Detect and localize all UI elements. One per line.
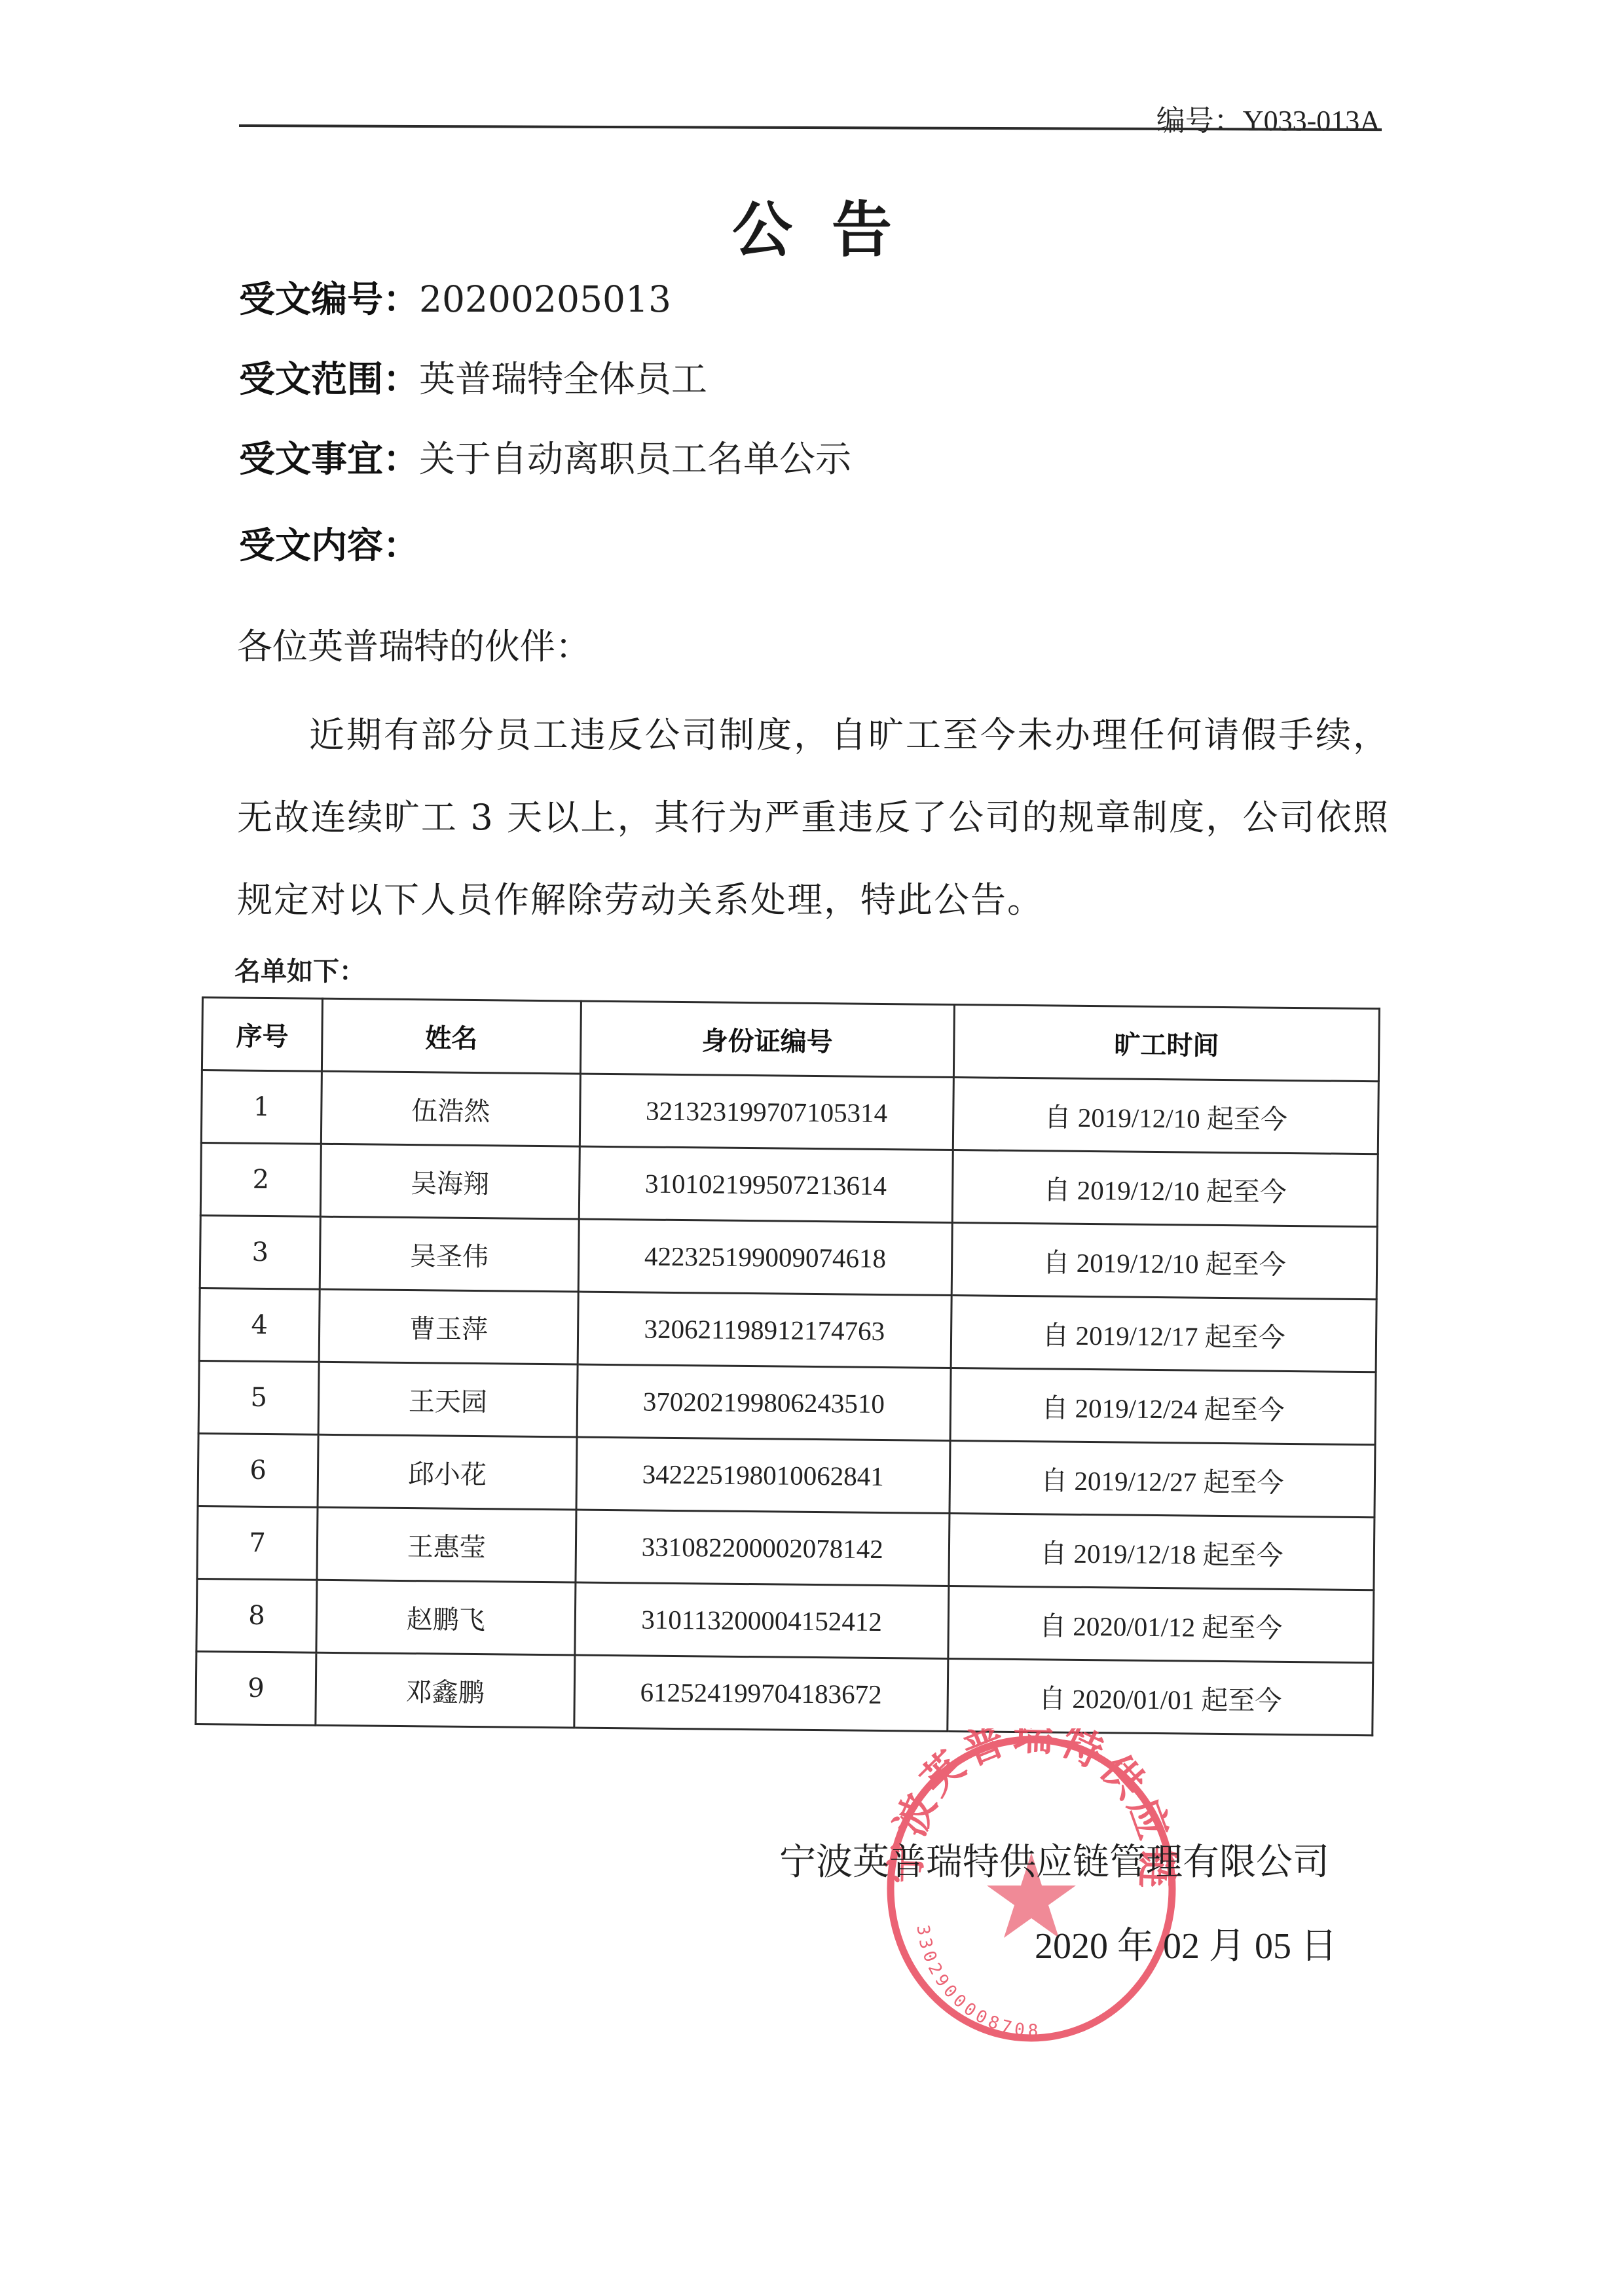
column-header-no: 序号	[202, 998, 322, 1072]
table-row: 2 吴海翔 310102199507213614 自 2019/12/10 起至…	[200, 1143, 1378, 1227]
cell-no: 8	[196, 1578, 317, 1652]
table-header-row: 序号 姓名 身份证编号 旷工时间	[202, 998, 1379, 1082]
cell-name: 伍浩然	[322, 1071, 580, 1146]
cell-name: 曹玉萍	[319, 1289, 578, 1364]
table-row: 9 邓鑫鹏 612524199704183672 自 2020/01/01 起至…	[196, 1651, 1373, 1735]
issuing-company: 宁波英普瑞特供应链管理有限公司	[779, 1833, 1329, 1886]
cell-name: 赵鹏飞	[316, 1580, 575, 1655]
meta-subject-row: 受文事宜：关于自动离职员工名单公示	[239, 441, 851, 477]
column-header-id: 身份证编号	[580, 1001, 954, 1077]
company-seal-icon: 宁波英普瑞特供应链管理有限公司 3302900008708	[877, 1728, 1185, 2049]
cell-no: 5	[198, 1360, 319, 1434]
cell-id: 612524199704183672	[574, 1655, 948, 1731]
salutation: 各位英普瑞特的伙伴：	[237, 619, 591, 669]
table-row: 6 邱小花 342225198010062841 自 2019/12/27 起至…	[198, 1433, 1375, 1517]
cell-name: 王惠莹	[317, 1507, 576, 1582]
cell-no: 9	[196, 1651, 316, 1725]
cell-name: 吴海翔	[320, 1144, 579, 1219]
cell-no: 4	[199, 1288, 320, 1362]
column-header-absence: 旷工时间	[953, 1005, 1379, 1082]
notice-page: 编号：Y033-013A 公告 受文编号：20200205013 受文范围：英普…	[0, 0, 1624, 2296]
cell-name: 吴圣伟	[320, 1216, 578, 1292]
cell-no: 3	[200, 1215, 320, 1289]
cell-id: 310102199507213614	[579, 1146, 953, 1222]
cell-id: 370202199806243510	[577, 1364, 951, 1440]
meta-content-label: 受文内容：	[239, 524, 419, 566]
body-paragraph: 近期有部分员工违反公司制度，自旷工至今未办理任何请假手续，无故连续旷工 3 天以…	[237, 694, 1390, 941]
cell-id: 422325199009074618	[578, 1219, 952, 1295]
page-title: 公告	[0, 182, 1624, 268]
cell-absence: 自 2020/01/12 起至今	[948, 1586, 1374, 1662]
cell-absence: 自 2019/12/27 起至今	[950, 1441, 1375, 1518]
cell-absence: 自 2019/12/10 起至今	[952, 1150, 1378, 1227]
table-row: 1 伍浩然 321323199707105314 自 2019/12/10 起至…	[201, 1070, 1378, 1154]
cell-id: 342225198010062841	[576, 1437, 950, 1513]
cell-no: 6	[198, 1433, 318, 1507]
cell-absence: 自 2019/12/24 起至今	[950, 1368, 1376, 1445]
cell-name: 邱小花	[318, 1434, 576, 1510]
cell-no: 1	[201, 1070, 322, 1144]
meta-scope-value: 英普瑞特全体员工	[419, 358, 707, 400]
table-row: 4 曹玉萍 320621198912174763 自 2019/12/17 起至…	[199, 1288, 1376, 1372]
cell-no: 7	[197, 1506, 318, 1580]
cell-id: 321323199707105314	[580, 1074, 953, 1150]
issue-date: 2020 年 02 月 05 日	[1035, 1917, 1337, 1969]
meta-number-row: 受文编号：20200205013	[239, 282, 671, 318]
cell-id: 310113200004152412	[574, 1582, 948, 1658]
cell-absence: 自 2019/12/10 起至今	[951, 1223, 1377, 1300]
table-row: 3 吴圣伟 422325199009074618 自 2019/12/10 起至…	[200, 1215, 1377, 1299]
list-label: 名单如下：	[234, 951, 365, 988]
cell-id: 320621198912174763	[578, 1292, 951, 1368]
cell-absence: 自 2019/12/17 起至今	[951, 1296, 1376, 1372]
column-header-name: 姓名	[322, 998, 581, 1074]
meta-subject-value: 关于自动离职员工名单公示	[419, 438, 851, 480]
svg-text:3302900008708: 3302900008708	[912, 1923, 1042, 2041]
cell-absence: 自 2019/12/18 起至今	[949, 1513, 1375, 1590]
cell-name: 王天园	[318, 1362, 577, 1437]
table-row: 7 王惠莹 331082200002078142 自 2019/12/18 起至…	[197, 1506, 1375, 1590]
meta-subject-label: 受文事宜：	[239, 438, 419, 480]
meta-number-label: 受文编号：	[239, 278, 419, 320]
cell-absence: 自 2020/01/01 起至今	[948, 1658, 1373, 1735]
cell-name: 邓鑫鹏	[316, 1652, 574, 1728]
meta-content-row: 受文内容：	[239, 528, 419, 564]
table-row: 8 赵鹏飞 310113200004152412 自 2020/01/12 起至…	[196, 1578, 1374, 1662]
seal-code: 3302900008708	[912, 1923, 1042, 2041]
meta-scope-label: 受文范围：	[239, 358, 419, 400]
meta-scope-row: 受文范围：英普瑞特全体员工	[239, 361, 707, 397]
cell-id: 331082200002078142	[575, 1510, 949, 1586]
dismissal-table: 序号 姓名 身份证编号 旷工时间 1 伍浩然 32132319970710531…	[194, 996, 1380, 1736]
cell-absence: 自 2019/12/10 起至今	[953, 1078, 1378, 1154]
meta-number-value: 20200205013	[419, 278, 671, 320]
table-row: 5 王天园 370202199806243510 自 2019/12/24 起至…	[198, 1360, 1376, 1444]
document-number: 编号：Y033-013A	[1156, 97, 1380, 139]
cell-no: 2	[200, 1143, 321, 1217]
